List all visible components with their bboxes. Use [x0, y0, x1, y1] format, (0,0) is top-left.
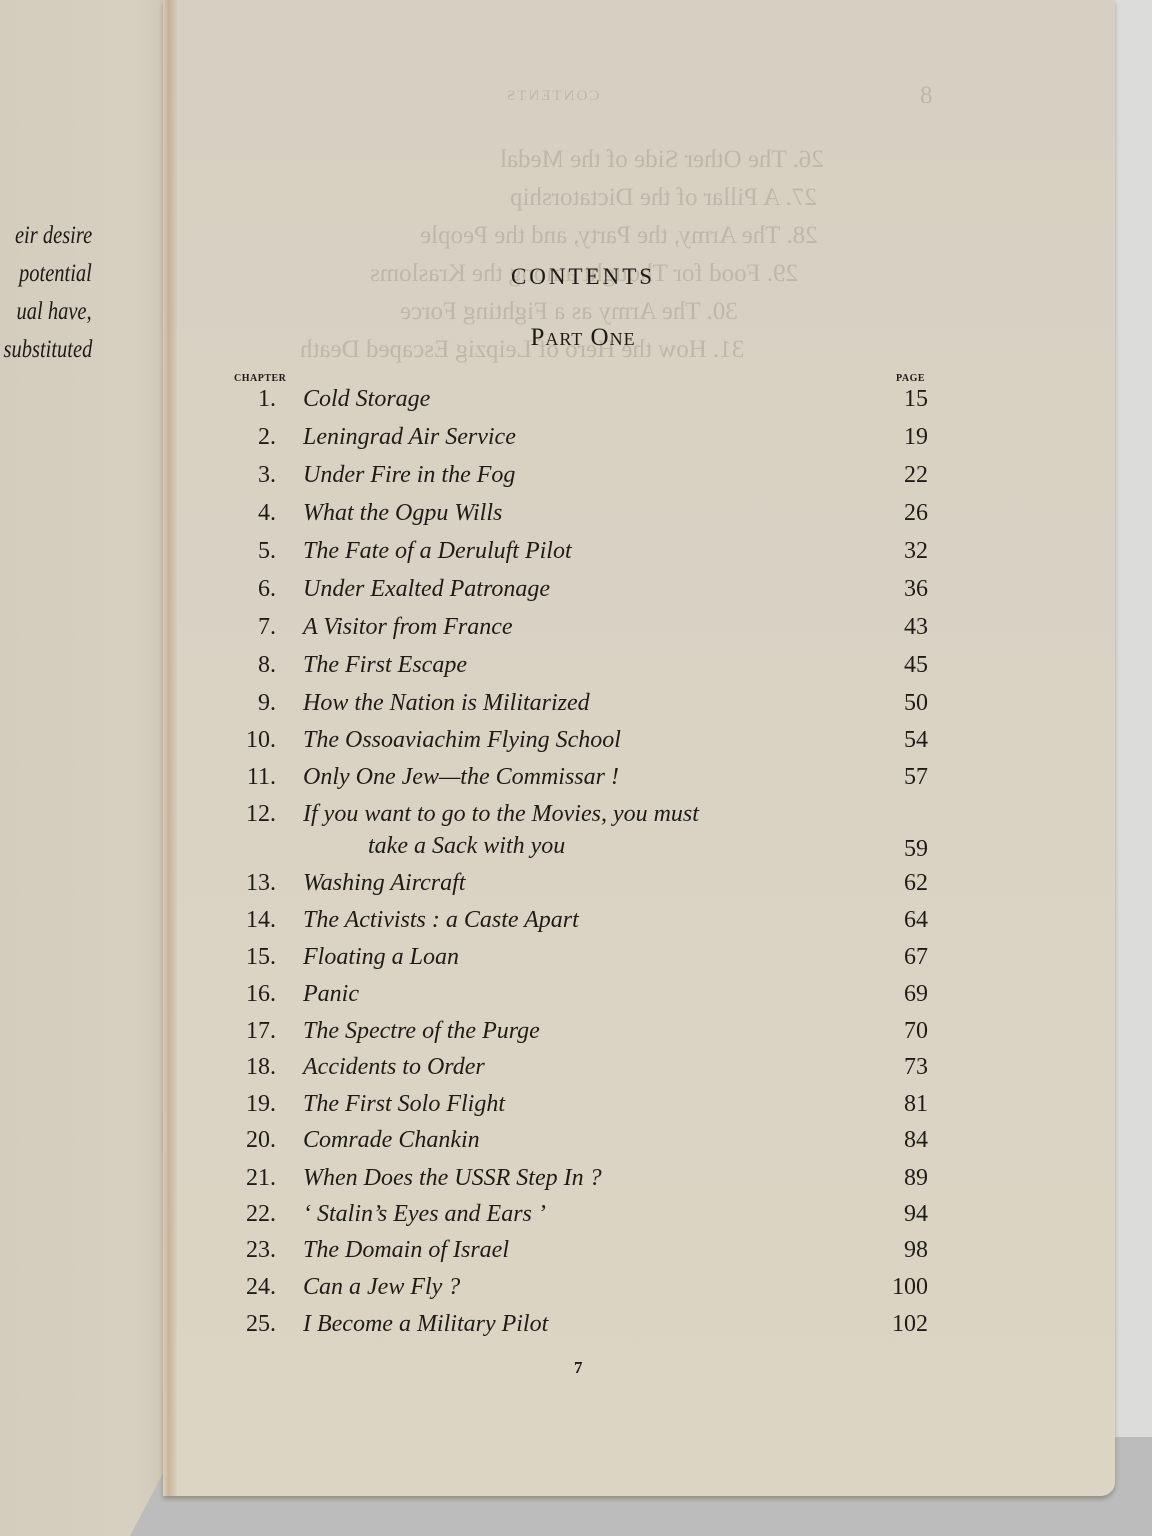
chapter-number: 12. — [246, 801, 276, 828]
show-through-header: CONTENTS — [505, 88, 599, 105]
page-column-label: PAGE — [896, 373, 925, 384]
page-number: 100 — [892, 1274, 928, 1301]
page-number: 45 — [904, 652, 928, 679]
page-number: 67 — [904, 944, 928, 971]
page-number: 32 — [904, 538, 928, 565]
page-number: 98 — [904, 1237, 928, 1264]
page-number: 54 — [904, 727, 928, 754]
page-number: 84 — [904, 1127, 928, 1154]
chapter-title: The First Solo Flight — [303, 1091, 505, 1118]
toc-row: 20. Comrade Chankin 84 — [0, 1127, 1152, 1163]
chapter-number: 1. — [258, 386, 276, 413]
page-number: 50 — [904, 690, 928, 717]
toc-row: 23. The Domain of Israel 98 — [0, 1237, 1152, 1273]
chapter-number: 11. — [247, 764, 276, 791]
page-number: 70 — [904, 1018, 928, 1045]
page-number: 19 — [904, 424, 928, 451]
chapter-title: If you want to go to the Movies, you mus… — [303, 801, 699, 828]
toc-row: 1. Cold Storage 15 — [0, 386, 1152, 422]
chapter-title: What the Ogpu Wills — [303, 500, 502, 527]
chapter-number: 7. — [258, 614, 276, 641]
toc-row: 13. Washing Aircraft 62 — [0, 870, 1152, 906]
page-number: 89 — [904, 1165, 928, 1192]
page-number: 69 — [904, 981, 928, 1008]
chapter-title: Only One Jew—the Commissar ! — [303, 764, 619, 791]
page-number: 26 — [904, 500, 928, 527]
page-number: 102 — [892, 1311, 928, 1338]
chapter-number: 13. — [246, 870, 276, 897]
chapter-column-label: CHAPTER — [234, 373, 286, 384]
toc-row: 11. Only One Jew—the Commissar ! 57 — [0, 764, 1152, 800]
chapter-title: Under Exalted Patronage — [303, 576, 550, 603]
chapter-number: 3. — [258, 462, 276, 489]
page-number: 22 — [904, 462, 928, 489]
chapter-number: 20. — [246, 1127, 276, 1154]
chapter-title: A Visitor from France — [303, 614, 513, 641]
page-folio: 7 — [574, 1358, 583, 1378]
chapter-number: 25. — [246, 1311, 276, 1338]
left-page-text-line: eir desire — [15, 222, 92, 250]
page-number: 94 — [904, 1201, 928, 1228]
chapter-title: Floating a Loan — [303, 944, 459, 971]
chapter-title: Under Fire in the Fog — [303, 462, 515, 489]
chapter-number: 23. — [246, 1237, 276, 1264]
toc-row: 8. The First Escape 45 — [0, 652, 1152, 688]
chapter-title: Can a Jew Fly ? — [303, 1274, 460, 1301]
chapter-number: 24. — [246, 1274, 276, 1301]
chapter-number: 4. — [258, 500, 276, 527]
toc-row: 6. Under Exalted Patronage 36 — [0, 576, 1152, 612]
chapter-title: I Become a Military Pilot — [303, 1311, 548, 1338]
toc-row: 19. The First Solo Flight 81 — [0, 1091, 1152, 1127]
chapter-title: The Ossoaviachim Flying School — [303, 727, 621, 754]
page-number: 73 — [904, 1054, 928, 1081]
chapter-number: 14. — [246, 907, 276, 934]
toc-row: 16. Panic 69 — [0, 981, 1152, 1017]
page-number: 43 — [904, 614, 928, 641]
left-page-text-line: ual have, — [17, 298, 92, 326]
chapter-number: 19. — [246, 1091, 276, 1118]
chapter-title: The Domain of Israel — [303, 1237, 509, 1264]
chapter-title: ‘ Stalin’s Eyes and Ears ’ — [303, 1201, 546, 1228]
chapter-number: 5. — [258, 538, 276, 565]
chapter-number: 16. — [246, 981, 276, 1008]
page-number: 15 — [904, 386, 928, 413]
show-through-line: 30. The Army as a Fighting Force — [400, 298, 738, 326]
page-number: 64 — [904, 907, 928, 934]
chapter-number: 21. — [246, 1165, 276, 1192]
toc-row: 10. The Ossoaviachim Flying School 54 — [0, 727, 1152, 763]
part-title: Part One — [0, 324, 1152, 352]
chapter-title: Accidents to Order — [303, 1054, 485, 1081]
chapter-title: Leningrad Air Service — [303, 424, 516, 451]
chapter-title: Washing Aircraft — [303, 870, 465, 897]
chapter-title: When Does the USSR Step In ? — [303, 1165, 602, 1192]
toc-row: 18. Accidents to Order 73 — [0, 1054, 1152, 1090]
contents-heading: CONTENTS — [0, 264, 1152, 290]
toc-row: 12. If you want to go to the Movies, you… — [0, 801, 1152, 867]
page-number: 57 — [904, 764, 928, 791]
toc-row: 22. ‘ Stalin’s Eyes and Ears ’ 94 — [0, 1201, 1152, 1237]
chapter-number: 22. — [246, 1201, 276, 1228]
show-through-line: 28. The Army, the Party, and the People — [420, 222, 818, 250]
chapter-title: Panic — [303, 981, 359, 1008]
toc-row: 5. The Fate of a Deruluft Pilot 32 — [0, 538, 1152, 574]
show-through-line: 27. A Pillar of the Dictatorship — [510, 184, 817, 212]
chapter-title: How the Nation is Militarized — [303, 690, 590, 717]
chapter-title: The Spectre of the Purge — [303, 1018, 540, 1045]
page-number: 59 — [904, 836, 928, 863]
toc-row: 2. Leningrad Air Service 19 — [0, 424, 1152, 460]
toc-row: 4. What the Ogpu Wills 26 — [0, 500, 1152, 536]
toc-row: 7. A Visitor from France 43 — [0, 614, 1152, 650]
toc-row: 14. The Activists : a Caste Apart 64 — [0, 907, 1152, 943]
chapter-number: 8. — [258, 652, 276, 679]
toc-row: 24. Can a Jew Fly ? 100 — [0, 1274, 1152, 1310]
show-through-page-number: 8 — [920, 82, 933, 110]
chapter-number: 2. — [258, 424, 276, 451]
toc-row: 17. The Spectre of the Purge 70 — [0, 1018, 1152, 1054]
page-number: 36 — [904, 576, 928, 603]
page-number: 62 — [904, 870, 928, 897]
chapter-number: 17. — [246, 1018, 276, 1045]
toc-row: 15. Floating a Loan 67 — [0, 944, 1152, 980]
chapter-title: The First Escape — [303, 652, 467, 679]
page-number: 81 — [904, 1091, 928, 1118]
chapter-title-continuation: take a Sack with you — [368, 833, 565, 860]
toc-row: 25. I Become a Military Pilot 102 — [0, 1311, 1152, 1347]
chapter-number: 9. — [258, 690, 276, 717]
toc-row: 21. When Does the USSR Step In ? 89 — [0, 1165, 1152, 1201]
chapter-title: Comrade Chankin — [303, 1127, 480, 1154]
chapter-number: 10. — [246, 727, 276, 754]
toc-row: 3. Under Fire in the Fog 22 — [0, 462, 1152, 498]
chapter-title: The Fate of a Deruluft Pilot — [303, 538, 572, 565]
chapter-title: The Activists : a Caste Apart — [303, 907, 579, 934]
chapter-number: 6. — [258, 576, 276, 603]
chapter-title: Cold Storage — [303, 386, 430, 413]
chapter-number: 18. — [246, 1054, 276, 1081]
toc-row: 9. How the Nation is Militarized 50 — [0, 690, 1152, 726]
show-through-line: 26. The Other Side of the Medal — [500, 146, 824, 174]
chapter-number: 15. — [246, 944, 276, 971]
